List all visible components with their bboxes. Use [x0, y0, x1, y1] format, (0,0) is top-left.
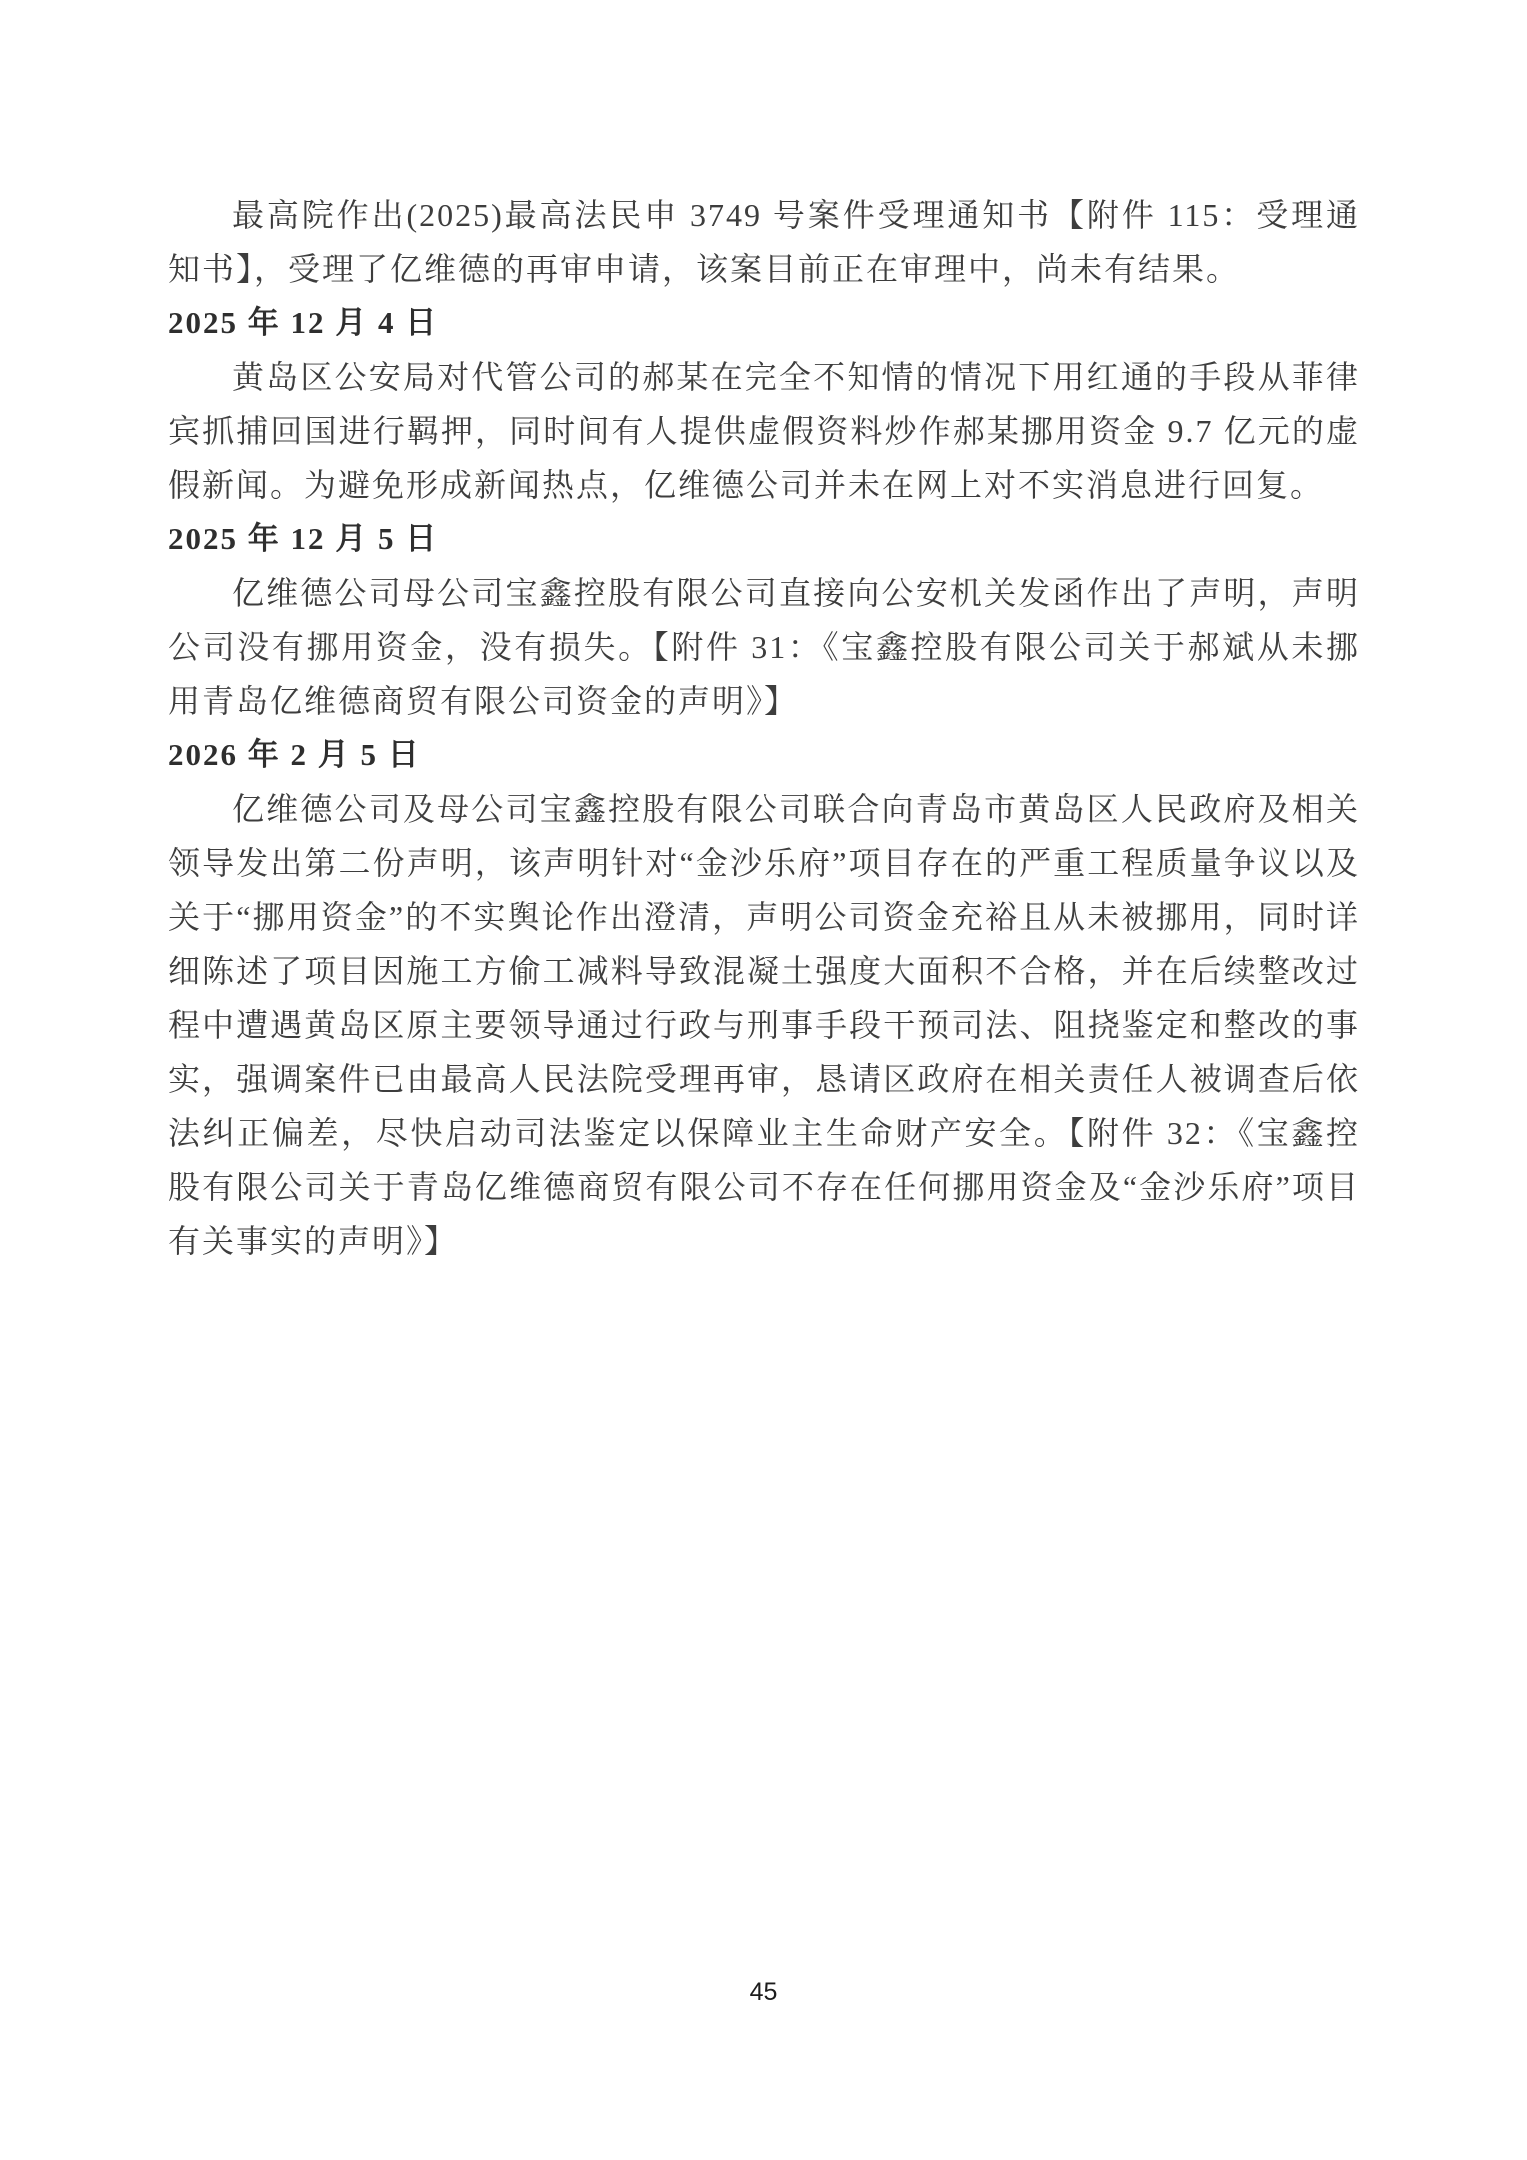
date-heading-2025-12-04: 2025 年 12 月 4 日 — [168, 296, 1360, 350]
paragraph-joint-second-statement: 亿维德公司及母公司宝鑫控股有限公司联合向青岛市黄岛区人民政府及相关领导发出第二份… — [168, 782, 1360, 1268]
paragraph-detention-news: 黄岛区公安局对代管公司的郝某在完全不知情的情况下用红通的手段从菲律宾抓捕回国进行… — [168, 350, 1360, 512]
document-page: 最高院作出(2025)最高法民申 3749 号案件受理通知书【附件 115：受理… — [0, 0, 1527, 2160]
paragraph-case-acceptance: 最高院作出(2025)最高法民申 3749 号案件受理通知书【附件 115：受理… — [168, 188, 1360, 296]
document-content: 最高院作出(2025)最高法民申 3749 号案件受理通知书【附件 115：受理… — [168, 188, 1360, 1268]
date-heading-2026-02-05: 2026 年 2 月 5 日 — [168, 728, 1360, 782]
paragraph-parent-company-statement: 亿维德公司母公司宝鑫控股有限公司直接向公安机关发函作出了声明，声明公司没有挪用资… — [168, 566, 1360, 728]
date-heading-2025-12-05: 2025 年 12 月 5 日 — [168, 512, 1360, 566]
page-footer: 45 — [0, 1978, 1527, 2007]
page-number: 45 — [750, 1978, 778, 2006]
